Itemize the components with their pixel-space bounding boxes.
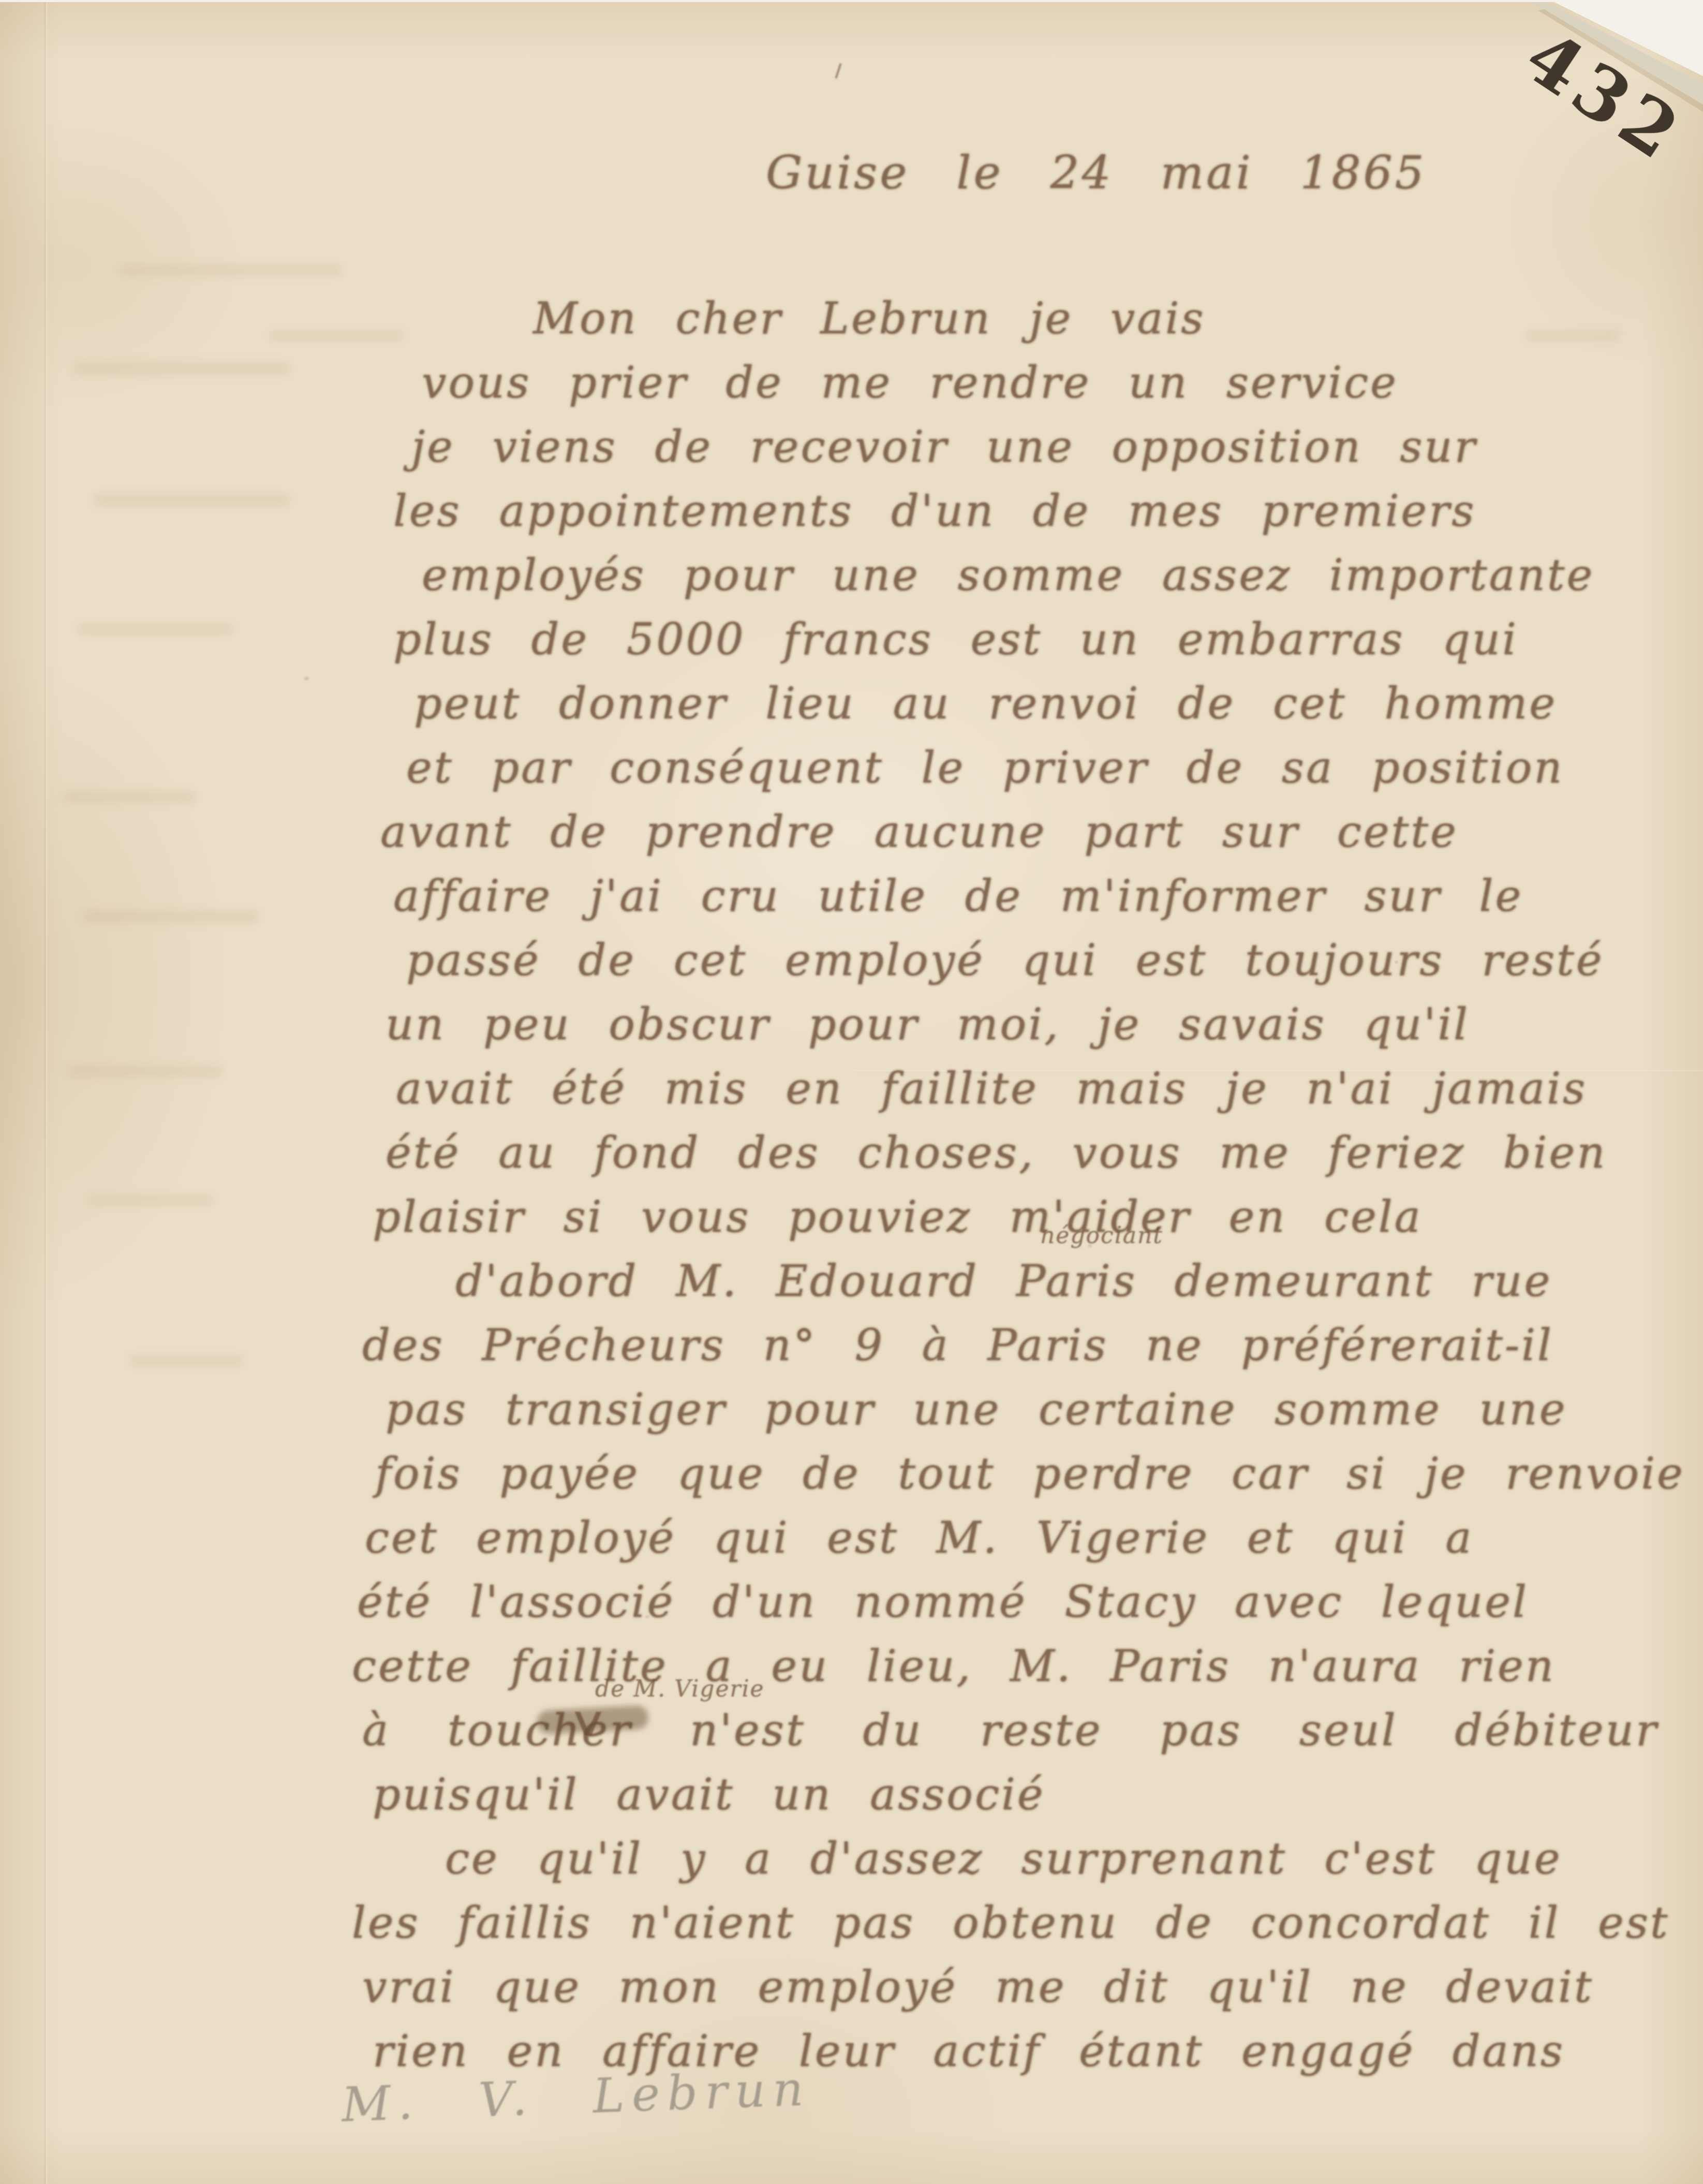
- letter-line: d'abord M. Edouard Paris demeurant rue: [455, 1249, 1703, 1313]
- letter-line: cet employé qui est M. Vigerie et qui a: [365, 1506, 1703, 1570]
- letter-line: un peu obscur pour moi, je savais qu'il: [386, 992, 1703, 1056]
- letter-line: ce qu'il y a d'assez surprenant c'est qu…: [445, 1826, 1703, 1891]
- letter-line: et par conséquent le priver de sa positi…: [406, 735, 1703, 800]
- letter-line: passé de cet employé qui est toujours re…: [406, 928, 1703, 992]
- letter-body: Mon cher Lebrun je vais vous prier de me…: [0, 286, 1703, 2083]
- letter-line: les faillis n'aient pas obtenu de concor…: [352, 1891, 1703, 1955]
- letter-line: affaire j'ai cru utile de m'informer sur…: [393, 864, 1703, 928]
- letter-line: les appointements d'un de mes premiers: [393, 479, 1703, 543]
- bleed-through-smudge: [119, 265, 342, 275]
- letter-line: peut donner lieu au renvoi de cet homme: [414, 671, 1703, 735]
- letter-line: plaisir si vous pouviez m'aider en cela: [373, 1185, 1703, 1249]
- letter-line: fois payée que de tout perdre car si je …: [375, 1441, 1703, 1506]
- interlinear-insertion: de M. Vigerie: [595, 1676, 765, 1702]
- letter-line: avait été mis en faillite mais je n'ai j…: [396, 1056, 1703, 1120]
- letter-line: je viens de recevoir une opposition sur: [411, 415, 1703, 479]
- letter-line: pas transiger pour une certaine somme un…: [386, 1377, 1703, 1441]
- interlinear-insertion: négociant: [1040, 1222, 1163, 1249]
- letter-line: avant de prendre aucune part sur cette: [380, 800, 1703, 864]
- dateline: Guise le 24 mai 1865: [766, 146, 1426, 199]
- salutation-line: Mon cher Lebrun je vais: [533, 286, 1703, 350]
- letter-line: des Précheurs n° 9 à Paris ne préférerai…: [362, 1313, 1703, 1377]
- letter-line: vrai que mon employé me dit qu'il ne dev…: [362, 1955, 1703, 2019]
- letter-line: cette faillite a eu lieu, M. Paris n'aur…: [352, 1634, 1703, 1698]
- letter-line: été au fond des choses, vous me feriez b…: [386, 1120, 1703, 1185]
- letter-line: employés pour une somme assez importante: [422, 543, 1703, 607]
- letter-line: plus de 5000 francs est un embarras qui: [393, 607, 1703, 671]
- letter-line: puisqu'il avait un associé: [373, 1762, 1703, 1826]
- letter-line: vous prier de me rendre un service: [422, 350, 1703, 415]
- letter-line: été l'associé d'un nommé Stacy avec lequ…: [357, 1570, 1703, 1634]
